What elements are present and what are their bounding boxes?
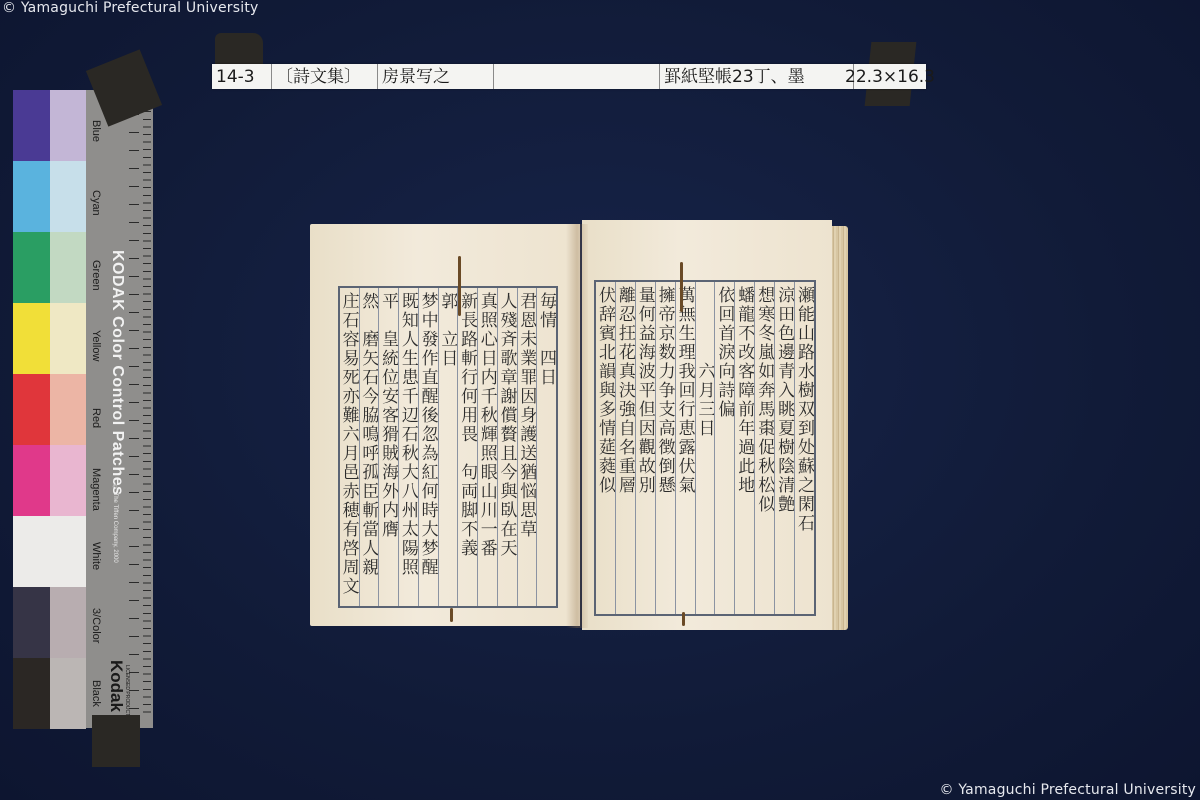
text-column: 既知人生患千辺石秋大八州太陽照 xyxy=(398,288,418,606)
left-page: 毎情 四日君恩未業罪因身護送猶悩思草人殘斉歌章謝償贅且今與臥在天真照心日内千秋輝… xyxy=(310,224,580,626)
kodak-brand-logo: Kodak xyxy=(106,660,126,712)
label-description: 罫紙堅帳23丁、墨 xyxy=(660,64,854,89)
tape-piece xyxy=(92,715,140,767)
patch-row-green xyxy=(13,232,86,303)
label-copyist: 房景写之 xyxy=(378,64,494,89)
binding-thread xyxy=(680,262,683,312)
color-patch xyxy=(13,161,50,232)
text-column: 想寒冬嵐如奔馬棗促秋松似 xyxy=(754,282,774,614)
color-patches xyxy=(13,90,86,728)
patch-row-blue xyxy=(13,90,86,161)
color-patch xyxy=(13,587,50,658)
patch-label-cyan: Cyan xyxy=(90,190,102,216)
watermark-top: © Yamaguchi Prefectural University xyxy=(2,0,259,16)
patch-label-black: Black xyxy=(90,680,102,707)
patch-row-black xyxy=(13,658,86,729)
binding-thread xyxy=(458,256,461,316)
text-column: 蟠龍不改客障前年過此地 xyxy=(734,282,754,614)
text-column: 擁帝京数力争支高徴倒懸 xyxy=(655,282,675,614)
patch-row-3color xyxy=(13,587,86,658)
text-column: 瀬能山路水樹双到处蘇之閑石 xyxy=(794,282,814,614)
binding-thread xyxy=(450,608,453,622)
color-patch xyxy=(13,445,50,516)
color-patch xyxy=(50,161,86,232)
text-column: 涼田色邊青入眺夏樹陰清艶 xyxy=(774,282,794,614)
patch-label-yellow: Yellow xyxy=(90,330,102,361)
right-page-text-frame: 瀬能山路水樹双到处蘇之閑石涼田色邊青入眺夏樹陰清艶想寒冬嵐如奔馬棗促秋松似蟠龍不… xyxy=(594,280,816,616)
text-column: 離忍抂花真決強自名重層 xyxy=(615,282,635,614)
right-page: 瀬能山路水樹双到处蘇之閑石涼田色邊青入眺夏樹陰清艶想寒冬嵐如奔馬棗促秋松似蟠龍不… xyxy=(582,220,832,630)
kodak-color-chart: Blue Cyan Green Yellow Red Magenta White… xyxy=(13,90,153,728)
catalog-label-strip: 14-3 〔詩文集〕 房景写之 罫紙堅帳23丁、墨 22.3×16.3 xyxy=(212,64,926,89)
text-column: 庄石容易死亦難六月邑赤穂有啓周文天 xyxy=(340,288,359,606)
patch-row-white xyxy=(13,516,86,587)
color-patch xyxy=(13,90,50,161)
text-column: 真照心日内千秋輝照眼山川一番 xyxy=(477,288,497,606)
binding-thread xyxy=(682,612,685,626)
patch-label-3color: 3/Color xyxy=(90,608,102,643)
kodak-copyright: © The Tiffen Company, 2000 xyxy=(112,485,118,563)
text-column: 然 磨矢石今脇鳴呼孤臣斬當人親 xyxy=(359,288,379,606)
text-column: 郭 立日 xyxy=(438,288,458,606)
text-column: 君恩未業罪因身護送猶悩思草 xyxy=(517,288,537,606)
color-patch xyxy=(13,516,86,587)
book-gutter xyxy=(566,224,588,628)
open-book: 毎情 四日君恩未業罪因身護送猶悩思草人殘斉歌章謝償贅且今與臥在天真照心日内千秋輝… xyxy=(308,220,848,632)
color-patch xyxy=(50,232,86,303)
label-size: 22.3×16.3 xyxy=(854,64,926,89)
patch-label-red: Red xyxy=(90,408,102,428)
text-column: 梦中發作直醒後忽為紅何時大梦醒 xyxy=(418,288,438,606)
patch-label-magenta: Magenta xyxy=(90,468,102,511)
color-patch xyxy=(50,445,86,516)
color-patch xyxy=(50,587,86,658)
text-column: 毎情 四日 xyxy=(536,288,556,606)
patch-row-yellow xyxy=(13,303,86,374)
left-page-text-frame: 毎情 四日君恩未業罪因身護送猶悩思草人殘斉歌章謝償贅且今與臥在天真照心日内千秋輝… xyxy=(338,286,558,608)
text-column: 伏辞賓北韻與多情莚蕤似 xyxy=(596,282,615,614)
color-patch xyxy=(50,374,86,445)
color-patch xyxy=(13,374,50,445)
text-column: 六月三日 xyxy=(695,282,715,614)
tape-piece xyxy=(215,33,263,67)
text-column: 人殘斉歌章謝償贅且今與臥在天 xyxy=(497,288,517,606)
text-column: 平 皇統位安客猾賊海外内膺 xyxy=(378,288,398,606)
patch-row-magenta xyxy=(13,445,86,516)
color-patch xyxy=(50,303,86,374)
ruler-ticks-cm xyxy=(129,96,139,716)
text-column: 依回首淚向詩偏 xyxy=(714,282,734,614)
watermark-bottom: © Yamaguchi Prefectural University xyxy=(940,782,1197,798)
patch-row-cyan xyxy=(13,161,86,232)
text-column: 量何益海波平但因觀故別 xyxy=(635,282,655,614)
color-patch xyxy=(50,658,86,729)
patch-label-blue: Blue xyxy=(90,120,102,142)
patch-row-red xyxy=(13,374,86,445)
color-patch xyxy=(13,303,50,374)
color-patch xyxy=(13,658,50,729)
text-column: 新長路斬行何用畏 句両脚不義 xyxy=(457,288,477,606)
kodak-chart-title: KODAK Color Control Patches xyxy=(108,250,126,496)
color-patch xyxy=(13,232,50,303)
label-id: 14-3 xyxy=(212,64,272,89)
label-category: 〔詩文集〕 xyxy=(272,64,378,89)
label-blank xyxy=(494,64,660,89)
kodak-license: LICENSED PRODUCT xyxy=(124,665,130,716)
ruler-strip: Blue Cyan Green Yellow Red Magenta White… xyxy=(86,90,153,728)
patch-label-white: White xyxy=(90,542,102,570)
patch-label-green: Green xyxy=(90,260,102,291)
text-column: 萬無生理我回行恵露伏氣 xyxy=(675,282,695,614)
color-patch xyxy=(50,90,86,161)
